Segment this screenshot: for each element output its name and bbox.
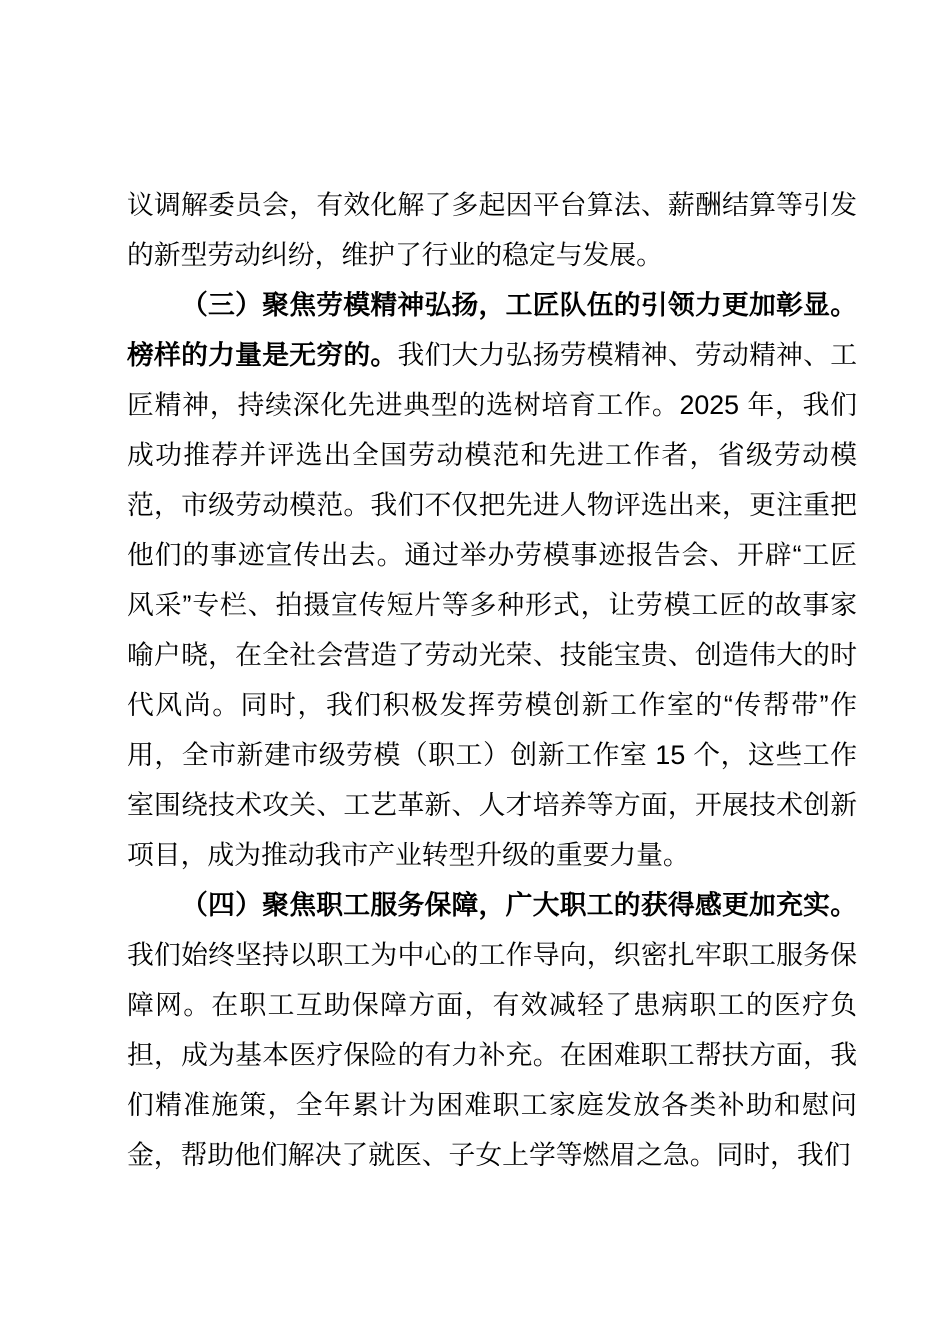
paragraph: （三）聚焦劳模精神弘扬，工匠队伍的引领力更加彰显。榜样的力量是无穷的。我们大力弘… bbox=[127, 280, 857, 880]
text-run: 我们大力弘扬劳模精神、劳动精神、工匠精神，持续深化先进典型的选树培育工作。202… bbox=[127, 340, 857, 870]
text-run: 我们始终坚持以职工为中心的工作导向，织密扎牢职工服务保障网。在职工互助保障方面，… bbox=[127, 940, 857, 1170]
paragraph: 议调解委员会，有效化解了多起因平台算法、薪酬结算等引发的新型劳动纠纷，维护了行业… bbox=[127, 180, 857, 280]
text-run: 议调解委员会，有效化解了多起因平台算法、薪酬结算等引发的新型劳动纠纷，维护了行业… bbox=[127, 190, 857, 270]
document-body: 议调解委员会，有效化解了多起因平台算法、薪酬结算等引发的新型劳动纠纷，维护了行业… bbox=[127, 180, 857, 1180]
bold-text-run: （四）聚焦职工服务保障，广大职工的获得感更加充实。 bbox=[181, 890, 857, 920]
paragraph: （四）聚焦职工服务保障，广大职工的获得感更加充实。我们始终坚持以职工为中心的工作… bbox=[127, 880, 857, 1180]
document-page: 议调解委员会，有效化解了多起因平台算法、薪酬结算等引发的新型劳动纠纷，维护了行业… bbox=[0, 0, 950, 1344]
